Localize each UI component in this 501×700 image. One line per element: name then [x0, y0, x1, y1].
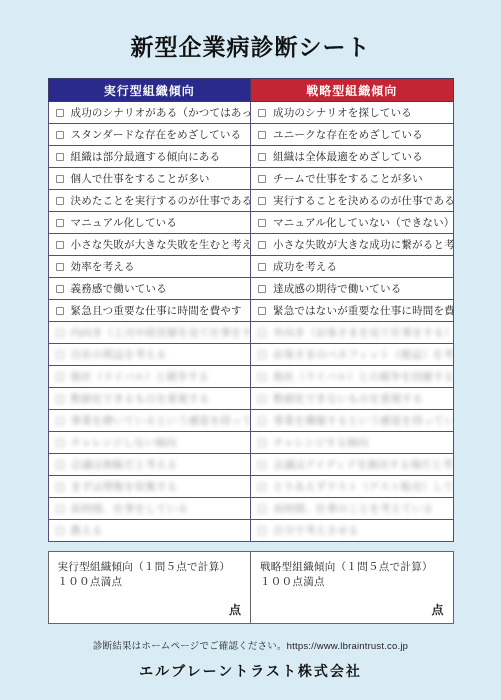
checklist-item-label: 自社の利益を考える	[71, 347, 167, 362]
left-cell: 個人で仕事をすることが多い	[48, 168, 251, 190]
diagnosis-sheet: 新型企業病診断シート 実行型組織傾向 戦略型組織傾向 成功のシナリオがある（かつ…	[0, 0, 501, 700]
table-row: 組織は部分最適する傾向にある 組織は全体最適をめざしている	[48, 146, 453, 168]
right-cell: 緊急ではないが重要な仕事に時間を費やす	[251, 300, 454, 322]
score-unit-left: 点	[229, 601, 241, 618]
checklist-item-label: 会議はアイディアを創出する場だと考える	[273, 457, 453, 472]
checkbox-icon[interactable]	[56, 241, 64, 249]
page-title: 新型企業病診断シート	[0, 33, 501, 61]
checkbox-icon[interactable]	[258, 461, 266, 469]
left-cell: 教える	[48, 520, 251, 542]
checkbox-icon[interactable]	[258, 505, 266, 513]
left-cell: 成功のシナリオがある（かつてはあった）	[48, 102, 251, 124]
checkbox-icon[interactable]	[258, 263, 266, 271]
checklist-item-label: 組織は全体最適をめざしている	[273, 149, 423, 164]
left-cell: 長時間、仕事をしている	[48, 498, 251, 520]
checklist-item-label: 長時間、仕事をしている	[71, 501, 189, 516]
checkbox-icon[interactable]	[258, 527, 266, 535]
right-cell: 成功のシナリオを探している	[251, 102, 454, 124]
checkbox-icon[interactable]	[56, 307, 64, 315]
table-row: 長時間、仕事をしている 長時間、仕事のことを考えている	[48, 498, 453, 520]
checklist-item-label: マニュアル化していない（できない）	[273, 215, 453, 230]
right-cell: 数値化できないものを重視する	[251, 388, 454, 410]
checklist-item-label: 数値化できないものを重視する	[273, 391, 423, 406]
score-cell-right: 戦略型組織傾向（１問５点で計算）１００点満点 点	[251, 552, 454, 624]
right-cell: 小さな失敗が大きな成功に繋がると考える	[251, 234, 454, 256]
checkbox-icon[interactable]	[56, 263, 64, 271]
table-row: 緊急且つ重要な仕事に時間を費やす 緊急ではないが重要な仕事に時間を費やす	[48, 300, 453, 322]
checklist-item-label: 成功のシナリオがある（かつてはあった）	[71, 105, 251, 120]
left-cell: チャレンジしない傾向	[48, 432, 251, 454]
right-cell: お客さまのベネフィット（便益）を考える	[251, 344, 454, 366]
checkbox-icon[interactable]	[56, 351, 64, 359]
checklist-item-label: まずは情報を収集する	[71, 479, 178, 494]
checklist-item-label: 決めたことを実行するのが仕事である	[71, 193, 251, 208]
checklist-item-label: 義務感で働いている	[71, 281, 167, 296]
checklist-item-label: チャレンジする傾向	[273, 435, 368, 450]
right-cell: チャレンジする傾向	[251, 432, 454, 454]
left-cell: 会議は無駄だと考える	[48, 454, 251, 476]
checkbox-icon[interactable]	[258, 329, 266, 337]
checkbox-icon[interactable]	[56, 109, 64, 117]
score-label-left: 実行型組織傾向（１問５点で計算）１００点満点	[58, 559, 242, 589]
left-cell: スタンダードな存在をめざしている	[48, 124, 251, 146]
checkbox-icon[interactable]	[56, 395, 64, 403]
right-cell: 達成感の期待で働いている	[251, 278, 454, 300]
checklist-item-label: 数値化できるものを重視する	[71, 391, 210, 406]
checkbox-icon[interactable]	[258, 153, 266, 161]
right-cell: 会議はアイディアを創出する場だと考える	[251, 454, 454, 476]
right-cell: 長時間、仕事のことを考えている	[251, 498, 454, 520]
left-cell: 義務感で働いている	[48, 278, 251, 300]
left-cell: 他社（ライバル）と競争する	[48, 366, 251, 388]
left-cell: 組織は部分最適する傾向にある	[48, 146, 251, 168]
checklist-item-label: 緊急且つ重要な仕事に時間を費やす	[71, 303, 242, 318]
left-cell: 事業を磨いているという感覚を持っている	[48, 410, 251, 432]
checkbox-icon[interactable]	[56, 461, 64, 469]
checkbox-icon[interactable]	[258, 109, 266, 117]
table-row: 他社（ライバル）と競争する 他社（ライバル）との競争を回避する	[48, 366, 453, 388]
checklist-item-label: 外向き（お客さまを見て仕事をする）	[273, 325, 453, 340]
checklist-item-label: マニュアル化している	[71, 215, 178, 230]
table-row: 内向き（上司や経営層を見て仕事をする） 外向き（お客さまを見て仕事をする）	[48, 322, 453, 344]
checklist-item-label: 実行することを決めるのが仕事である	[273, 193, 453, 208]
company-name: エルブレーントラスト株式会社	[0, 661, 501, 681]
left-cell: 効率を考える	[48, 256, 251, 278]
checklist-item-label: 小さな失敗が大きな成功に繋がると考える	[273, 237, 453, 252]
table-row: マニュアル化している マニュアル化していない（できない）	[48, 212, 453, 234]
left-cell: 数値化できるものを重視する	[48, 388, 251, 410]
right-cell: ユニークな存在をめざしている	[251, 124, 454, 146]
table-row: 個人で仕事をすることが多い チームで仕事をすることが多い	[48, 168, 453, 190]
right-cell: とりあえずテスト（テスト販売）してみる	[251, 476, 454, 498]
checkbox-icon[interactable]	[258, 351, 266, 359]
checkbox-icon[interactable]	[258, 219, 266, 227]
checkbox-icon[interactable]	[56, 527, 64, 535]
right-cell: 事業を構築するという感覚を持っている	[251, 410, 454, 432]
checkbox-icon[interactable]	[56, 373, 64, 381]
checkbox-icon[interactable]	[258, 131, 266, 139]
score-unit-right: 点	[431, 601, 443, 618]
column-header-right: 戦略型組織傾向	[251, 79, 454, 102]
checklist-item-label: ユニークな存在をめざしている	[273, 127, 423, 142]
checkbox-icon[interactable]	[56, 505, 64, 513]
checklist-item-label: チームで仕事をすることが多い	[273, 171, 423, 186]
checklist-item-label: 達成感の期待で働いている	[273, 281, 401, 296]
checklist-item-label: スタンダードな存在をめざしている	[71, 127, 242, 142]
checklist-item-label: 自分で考えさせる	[273, 523, 359, 538]
checklist-item-label: 事業を構築するという感覚を持っている	[273, 413, 453, 428]
table-row: 会議は無駄だと考える 会議はアイディアを創出する場だと考える	[48, 454, 453, 476]
table-header-row: 実行型組織傾向 戦略型組織傾向	[48, 79, 453, 102]
checklist-item-label: 小さな失敗が大きな失敗を生むと考える	[71, 237, 251, 252]
checkbox-icon[interactable]	[56, 131, 64, 139]
checklist-item-label: 成功を考える	[273, 259, 337, 274]
checklist-item-label: 個人で仕事をすることが多い	[71, 171, 210, 186]
table-row: 効率を考える 成功を考える	[48, 256, 453, 278]
checklist-item-label: 教える	[71, 523, 103, 538]
checkbox-icon[interactable]	[258, 285, 266, 293]
checklist-item-label: 他社（ライバル）との競争を回避する	[273, 369, 453, 384]
right-cell: 成功を考える	[251, 256, 454, 278]
checkbox-icon[interactable]	[258, 439, 266, 447]
right-cell: 自分で考えさせる	[251, 520, 454, 542]
checklist-item-label: とりあえずテスト（テスト販売）してみる	[273, 479, 453, 494]
table-row: 義務感で働いている 達成感の期待で働いている	[48, 278, 453, 300]
checkbox-icon[interactable]	[258, 307, 266, 315]
checkbox-icon[interactable]	[258, 197, 266, 205]
right-cell: 組織は全体最適をめざしている	[251, 146, 454, 168]
checkbox-icon[interactable]	[56, 197, 64, 205]
checkbox-icon[interactable]	[56, 153, 64, 161]
left-cell: まずは情報を収集する	[48, 476, 251, 498]
left-cell: 決めたことを実行するのが仕事である	[48, 190, 251, 212]
table-row: スタンダードな存在をめざしている ユニークな存在をめざしている	[48, 124, 453, 146]
checklist-body: 成功のシナリオがある（かつてはあった） 成功のシナリオを探している スタンダード…	[48, 102, 453, 542]
checklist-item-label: 効率を考える	[71, 259, 135, 274]
score-cell-left: 実行型組織傾向（１問５点で計算）１００点満点 点	[48, 552, 251, 624]
checklist-item-label: 長時間、仕事のことを考えている	[273, 501, 434, 516]
checklist-item-label: 事業を磨いているという感覚を持っている	[71, 413, 251, 428]
right-cell: 外向き（お客さまを見て仕事をする）	[251, 322, 454, 344]
checkbox-icon[interactable]	[56, 219, 64, 227]
checkbox-icon[interactable]	[258, 241, 266, 249]
checklist-item-label: 成功のシナリオを探している	[273, 105, 412, 120]
checkbox-icon[interactable]	[258, 417, 266, 425]
checkbox-icon[interactable]	[258, 395, 266, 403]
footer-note: 診断結果はホームページでご確認ください。https://www.lbraintr…	[0, 638, 501, 652]
right-cell: チームで仕事をすることが多い	[251, 168, 454, 190]
checkbox-icon[interactable]	[56, 329, 64, 337]
left-cell: 内向き（上司や経営層を見て仕事をする）	[48, 322, 251, 344]
table-row: 成功のシナリオがある（かつてはあった） 成功のシナリオを探している	[48, 102, 453, 124]
left-cell: マニュアル化している	[48, 212, 251, 234]
right-cell: 実行することを決めるのが仕事である	[251, 190, 454, 212]
right-cell: 他社（ライバル）との競争を回避する	[251, 366, 454, 388]
table-row: 決めたことを実行するのが仕事である 実行することを決めるのが仕事である	[48, 190, 453, 212]
score-table: 実行型組織傾向（１問５点で計算）１００点満点 点 戦略型組織傾向（１問５点で計算…	[48, 551, 454, 624]
checklist-item-label: お客さまのベネフィット（便益）を考える	[273, 347, 453, 362]
table-row: 教える 自分で考えさせる	[48, 520, 453, 542]
table-row: チャレンジしない傾向 チャレンジする傾向	[48, 432, 453, 454]
checkbox-icon[interactable]	[56, 483, 64, 491]
checklist-item-label: 組織は部分最適する傾向にある	[71, 149, 221, 164]
checkbox-icon[interactable]	[258, 175, 266, 183]
checklist-item-label: 会議は無駄だと考える	[71, 457, 178, 472]
checkbox-icon[interactable]	[258, 483, 266, 491]
column-header-left: 実行型組織傾向	[48, 79, 251, 102]
checkbox-icon[interactable]	[56, 285, 64, 293]
checklist-item-label: 他社（ライバル）と競争する	[71, 369, 210, 384]
checklist-item-label: 緊急ではないが重要な仕事に時間を費やす	[273, 303, 453, 318]
checkbox-icon[interactable]	[258, 373, 266, 381]
checkbox-icon[interactable]	[56, 439, 64, 447]
checkbox-icon[interactable]	[56, 417, 64, 425]
left-cell: 緊急且つ重要な仕事に時間を費やす	[48, 300, 251, 322]
table-row: 自社の利益を考える お客さまのベネフィット（便益）を考える	[48, 344, 453, 366]
table-row: まずは情報を収集する とりあえずテスト（テスト販売）してみる	[48, 476, 453, 498]
table-row: 事業を磨いているという感覚を持っている 事業を構築するという感覚を持っている	[48, 410, 453, 432]
checklist-item-label: チャレンジしない傾向	[71, 435, 177, 450]
score-label-right: 戦略型組織傾向（１問５点で計算）１００点満点	[260, 559, 444, 589]
table-row: 小さな失敗が大きな失敗を生むと考える 小さな失敗が大きな成功に繋がると考える	[48, 234, 453, 256]
diagnosis-table: 実行型組織傾向 戦略型組織傾向 成功のシナリオがある（かつてはあった） 成功のシ…	[48, 78, 454, 542]
left-cell: 自社の利益を考える	[48, 344, 251, 366]
table-row: 数値化できるものを重視する 数値化できないものを重視する	[48, 388, 453, 410]
left-cell: 小さな失敗が大きな失敗を生むと考える	[48, 234, 251, 256]
right-cell: マニュアル化していない（できない）	[251, 212, 454, 234]
checklist-item-label: 内向き（上司や経営層を見て仕事をする）	[71, 325, 251, 340]
checkbox-icon[interactable]	[56, 175, 64, 183]
